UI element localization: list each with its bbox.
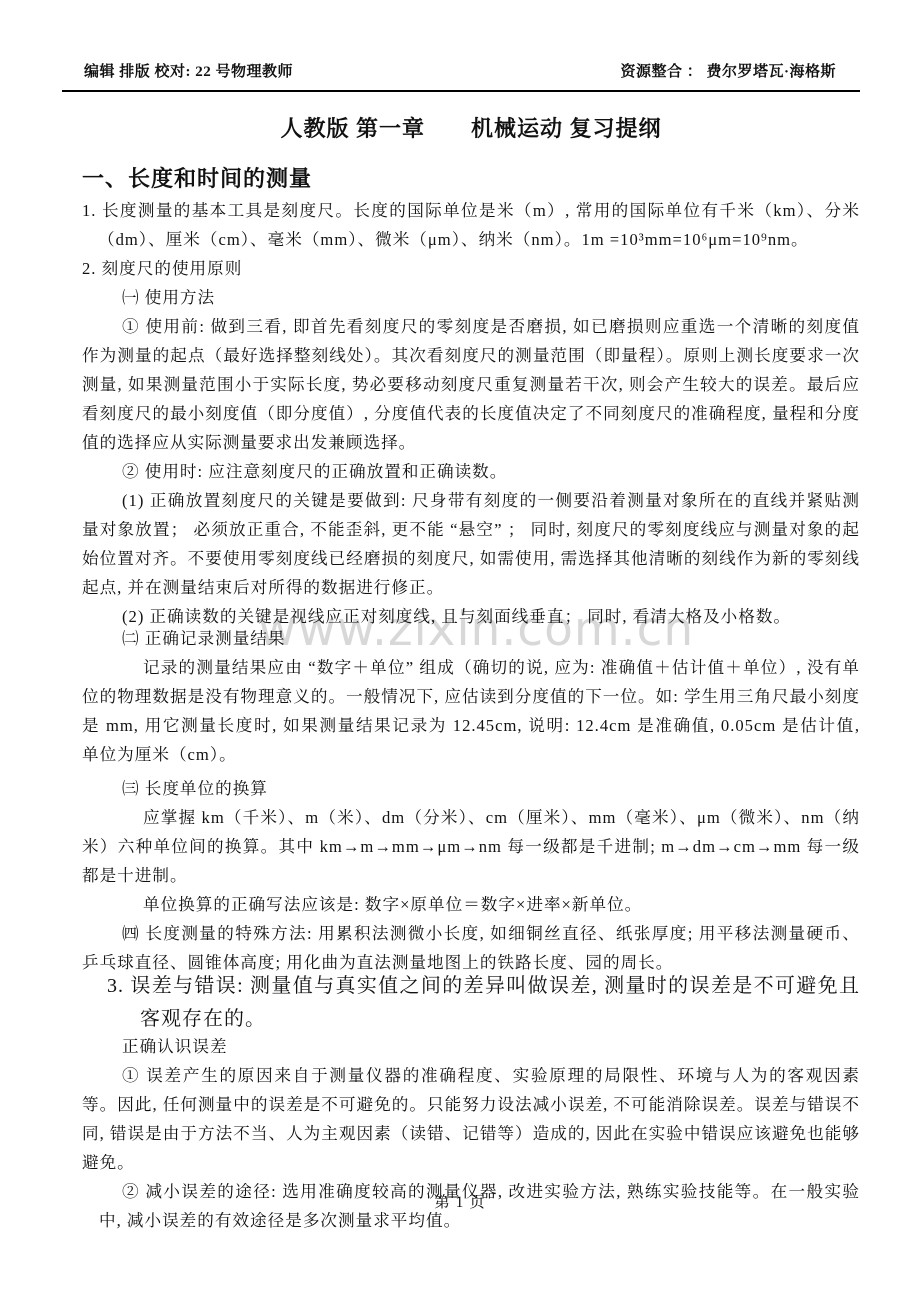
- paragraph-correct-placement: (1) 正确放置刻度尺的关键是要做到: 尺身带有刻度的一侧要沿着测量对象所在的直…: [82, 486, 860, 602]
- paragraph-error-causes: ① 误差产生的原因来自于测量仪器的准确程度、实验原理的局限性、环境与人为的客观因…: [82, 1061, 860, 1177]
- subsection-usage-method: ㈠ 使用方法: [82, 283, 860, 312]
- document-body: 人教版 第一章 机械运动 复习提纲 一、长度和时间的测量 1. 长度测量的基本工…: [82, 108, 860, 1235]
- header-source-info: 资源整合 ： 费尔罗塔瓦·海格斯: [620, 62, 836, 82]
- paragraph-ruler-principles: 2. 刻度尺的使用原则: [98, 254, 860, 283]
- paragraph-during-use: ② 使用时: 应注意刻度尺的正确放置和正确读数。: [82, 457, 860, 486]
- paragraph-record-results-detail: 记录的测量结果应由 “数字＋单位” 组成（确切的说, 应为: 准确值＋估计值＋单…: [82, 653, 860, 769]
- section-heading: 一、长度和时间的测量: [82, 164, 860, 194]
- document-page: www.zixin.com.cn 编辑 排版 校对: 22 号物理教师 资源整合…: [0, 0, 920, 1300]
- paragraph-unit-conversion-detail: 应掌握 km（千米）、m（米）、dm（分米）、cm（厘米）、mm（毫米）、μm（…: [82, 803, 860, 890]
- paragraph-special-methods: ㈣ 长度测量的特殊方法: 用累积法测微小长度, 如细铜丝直径、纸张厚度; 用平移…: [82, 919, 860, 977]
- header-editor-info: 编辑 排版 校对: 22 号物理教师: [84, 62, 293, 82]
- subheading-understand-error: 正确认识误差: [82, 1032, 860, 1061]
- subsection-unit-conversion: ㈢ 长度单位的换算: [82, 774, 860, 803]
- paragraph-length-units: 1. 长度测量的基本工具是刻度尺。长度的国际单位是米（m）, 常用的国际单位有千…: [98, 196, 860, 254]
- document-title: 人教版 第一章 机械运动 复习提纲: [82, 114, 860, 144]
- paragraph-before-use: ① 使用前: 做到三看, 即首先看刻度尺的零刻度是否磨损, 如已磨损则应重选一个…: [82, 312, 860, 457]
- header-divider: [62, 90, 860, 92]
- paragraph-error-vs-mistake: 3. 误差与错误: 测量值与真实值之间的差异叫做误差, 测量时的误差是不可避免且…: [140, 970, 860, 1036]
- paragraph-conversion-rule: 单位换算的正确写法应该是: 数字×原单位＝数字×进率×新单位。: [82, 890, 860, 919]
- page-number: 第 1 页: [0, 1192, 920, 1214]
- page-header: 编辑 排版 校对: 22 号物理教师 资源整合 ： 费尔罗塔瓦·海格斯: [84, 62, 836, 82]
